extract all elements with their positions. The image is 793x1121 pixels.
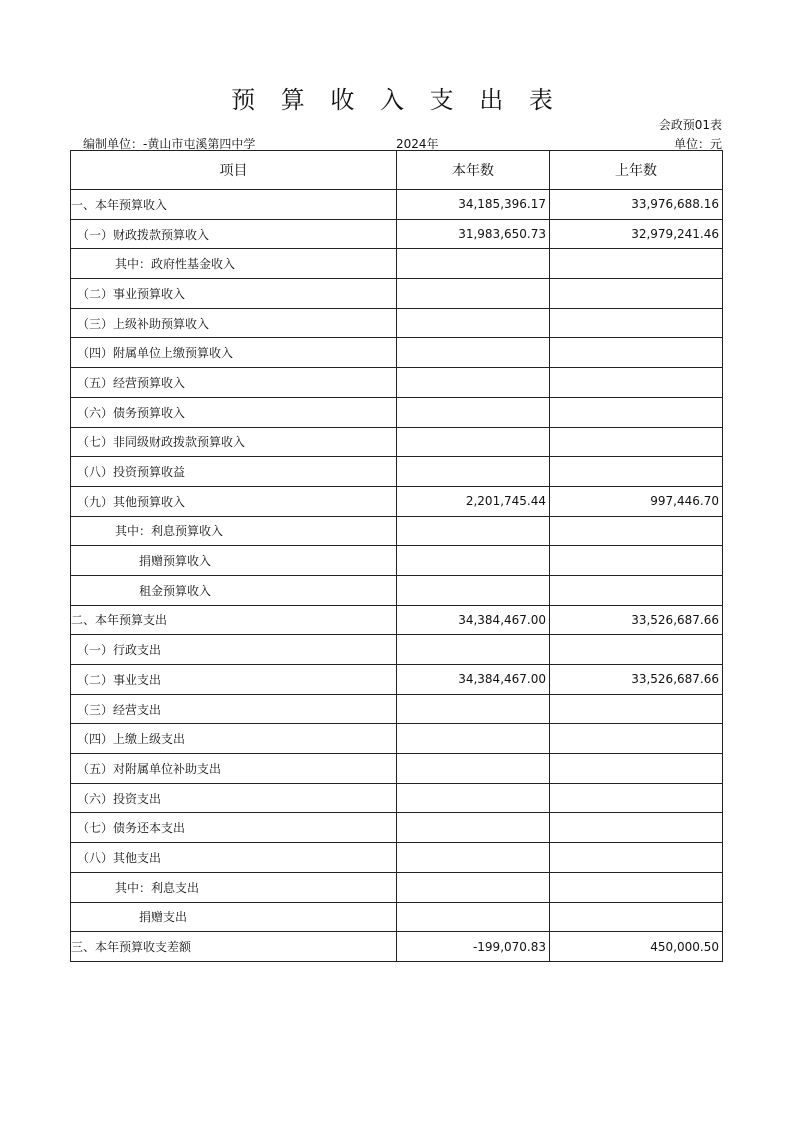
row-label: 其中：利息支出 (71, 872, 397, 902)
previous-year-value (550, 843, 723, 873)
row-label: （四）附属单位上缴预算收入 (71, 338, 397, 368)
table-row: （四）上缴上级支出 (71, 724, 723, 754)
table-row: （一）财政拨款预算收入31,983,650.7332,979,241.46 (71, 219, 723, 249)
row-label: 三、本年预算收支差额 (71, 932, 397, 962)
current-year-value (397, 427, 550, 457)
row-label: （六）投资支出 (71, 783, 397, 813)
current-year-value (397, 754, 550, 784)
previous-year-value (550, 902, 723, 932)
previous-year-value (550, 575, 723, 605)
table-row: 一、本年预算收入34,185,396.1733,976,688.16 (71, 190, 723, 220)
row-label: （六）债务预算收入 (71, 397, 397, 427)
table-row: （三）上级补助预算收入 (71, 308, 723, 338)
column-header-previous-year: 上年数 (550, 151, 723, 190)
current-year-value (397, 635, 550, 665)
current-year-value (397, 516, 550, 546)
previous-year-value (550, 754, 723, 784)
table-row: （二）事业支出34,384,467.0033,526,687.66 (71, 665, 723, 695)
previous-year-value (550, 516, 723, 546)
form-code: 会政预01表 (659, 116, 722, 133)
row-label: （二）事业支出 (71, 665, 397, 695)
table-row: 捐赠预算收入 (71, 546, 723, 576)
previous-year-value (550, 635, 723, 665)
current-year-value (397, 397, 550, 427)
previous-year-value (550, 872, 723, 902)
row-label: （七）债务还本支出 (71, 813, 397, 843)
previous-year-value (550, 724, 723, 754)
previous-year-value: 997,446.70 (550, 486, 723, 516)
previous-year-value: 33,976,688.16 (550, 190, 723, 220)
column-header-current-year: 本年数 (397, 151, 550, 190)
previous-year-value (550, 308, 723, 338)
table-row: （九）其他预算收入2,201,745.44997,446.70 (71, 486, 723, 516)
row-label: （九）其他预算收入 (71, 486, 397, 516)
current-year-value (397, 249, 550, 279)
table-row: （六）债务预算收入 (71, 397, 723, 427)
current-year-value: -199,070.83 (397, 932, 550, 962)
row-label: 其中：利息预算收入 (71, 516, 397, 546)
row-label: （八）其他支出 (71, 843, 397, 873)
column-header-item: 项目 (71, 151, 397, 190)
table-row: （二）事业预算收入 (71, 279, 723, 309)
previous-year-value: 33,526,687.66 (550, 605, 723, 635)
current-year-value (397, 724, 550, 754)
table-row: （一）行政支出 (71, 635, 723, 665)
current-year-value (397, 872, 550, 902)
row-label: （四）上缴上级支出 (71, 724, 397, 754)
current-year-value: 34,185,396.17 (397, 190, 550, 220)
current-year-value (397, 546, 550, 576)
previous-year-value (550, 546, 723, 576)
row-label: （八）投资预算收益 (71, 457, 397, 487)
row-label: 捐赠预算收入 (71, 546, 397, 576)
previous-year-value (550, 783, 723, 813)
current-year-value (397, 813, 550, 843)
row-label: 二、本年预算支出 (71, 605, 397, 635)
previous-year-value (550, 368, 723, 398)
row-label: （三）上级补助预算收入 (71, 308, 397, 338)
row-label: （七）非同级财政拨款预算收入 (71, 427, 397, 457)
table-row: 三、本年预算收支差额-199,070.83450,000.50 (71, 932, 723, 962)
current-year-value (397, 575, 550, 605)
previous-year-value: 450,000.50 (550, 932, 723, 962)
row-label: 其中：政府性基金收入 (71, 249, 397, 279)
table-row: （八）其他支出 (71, 843, 723, 873)
previous-year-value (550, 427, 723, 457)
table-row: （七）债务还本支出 (71, 813, 723, 843)
current-year-value (397, 902, 550, 932)
budget-income-expense-table: 项目 本年数 上年数 一、本年预算收入34,185,396.1733,976,6… (70, 150, 723, 962)
table-row: 租金预算收入 (71, 575, 723, 605)
current-year-value (397, 694, 550, 724)
current-year-value: 2,201,745.44 (397, 486, 550, 516)
current-year-value (397, 843, 550, 873)
table-row: 捐赠支出 (71, 902, 723, 932)
previous-year-value (550, 338, 723, 368)
current-year-value (397, 338, 550, 368)
current-year-value (397, 368, 550, 398)
row-label: 一、本年预算收入 (71, 190, 397, 220)
document-title: 预 算 收 入 支 出 表 (0, 80, 793, 115)
table-row: （六）投资支出 (71, 783, 723, 813)
previous-year-value (550, 249, 723, 279)
previous-year-value (550, 457, 723, 487)
row-label: （三）经营支出 (71, 694, 397, 724)
table-body: 一、本年预算收入34,185,396.1733,976,688.16（一）财政拨… (71, 190, 723, 962)
row-label: （一）财政拨款预算收入 (71, 219, 397, 249)
previous-year-value (550, 694, 723, 724)
previous-year-value: 33,526,687.66 (550, 665, 723, 695)
row-label: （五）对附属单位补助支出 (71, 754, 397, 784)
current-year-value (397, 457, 550, 487)
current-year-value (397, 783, 550, 813)
current-year-value: 31,983,650.73 (397, 219, 550, 249)
table-row: （四）附属单位上缴预算收入 (71, 338, 723, 368)
row-label: （一）行政支出 (71, 635, 397, 665)
current-year-value (397, 308, 550, 338)
current-year-value: 34,384,467.00 (397, 605, 550, 635)
previous-year-value (550, 813, 723, 843)
table-row: （三）经营支出 (71, 694, 723, 724)
table-row: 其中：利息预算收入 (71, 516, 723, 546)
previous-year-value (550, 279, 723, 309)
row-label: 捐赠支出 (71, 902, 397, 932)
table-row: 其中：利息支出 (71, 872, 723, 902)
table-row: （八）投资预算收益 (71, 457, 723, 487)
previous-year-value (550, 397, 723, 427)
previous-year-value: 32,979,241.46 (550, 219, 723, 249)
row-label: （二）事业预算收入 (71, 279, 397, 309)
table-header-row: 项目 本年数 上年数 (71, 151, 723, 190)
row-label: 租金预算收入 (71, 575, 397, 605)
table-row: 其中：政府性基金收入 (71, 249, 723, 279)
table-row: （五）经营预算收入 (71, 368, 723, 398)
row-label: （五）经营预算收入 (71, 368, 397, 398)
table-row: （五）对附属单位补助支出 (71, 754, 723, 784)
table-row: 二、本年预算支出34,384,467.0033,526,687.66 (71, 605, 723, 635)
current-year-value (397, 279, 550, 309)
table-row: （七）非同级财政拨款预算收入 (71, 427, 723, 457)
current-year-value: 34,384,467.00 (397, 665, 550, 695)
